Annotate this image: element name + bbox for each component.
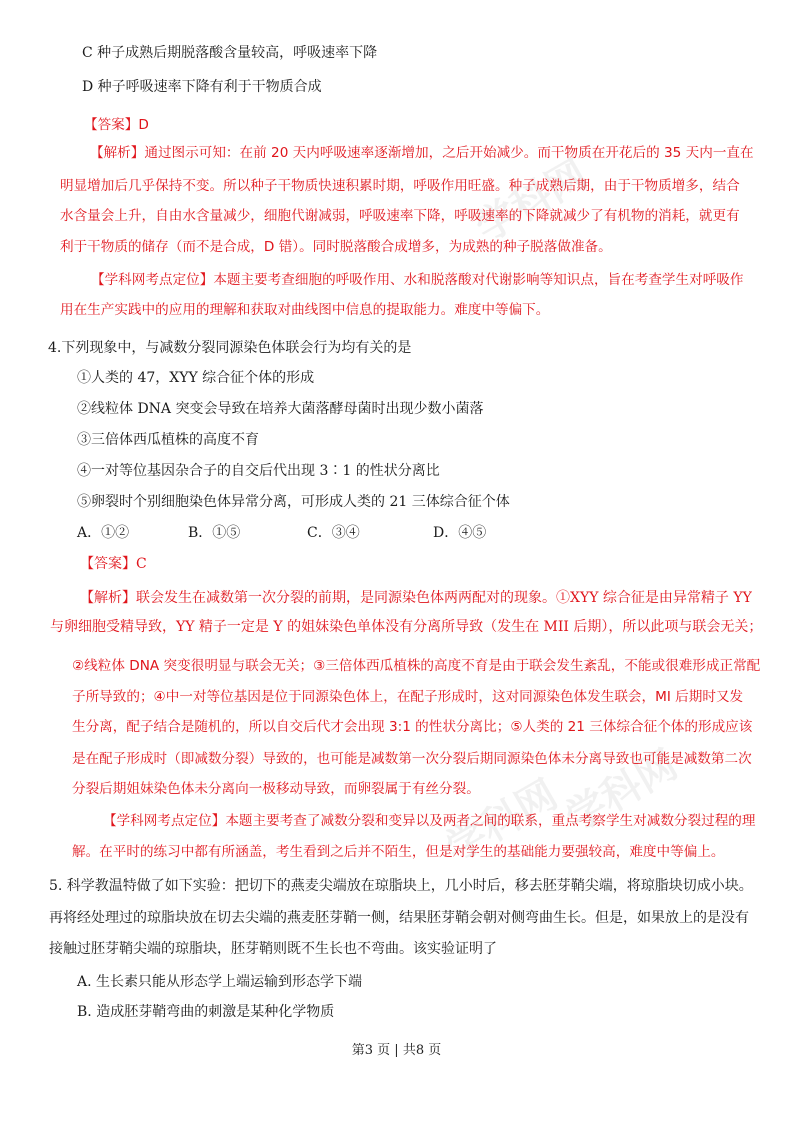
- q4-analysis-line: 分裂后期姐妹染色体未分离向一极移动导致，而卵裂属于有丝分裂。: [72, 780, 480, 798]
- q3-option-c: C 种子成熟后期脱落酸含量较高，呼吸速率下降: [82, 44, 377, 62]
- q4-positioning-line: 【学科网考点定位】本题主要考查了减数分裂和变异以及两者之间的联系，重点考察学生对…: [103, 812, 756, 830]
- q3-positioning-line: 用在生产实践中的应用的理解和获取对曲线图中信息的提取能力。难度中等偏下。: [60, 301, 549, 319]
- q5-stem-line: 5. 科学教温特做了如下实验：把切下的燕麦尖端放在琼脂块上，几小时后，移去胚芽鞘…: [49, 877, 753, 895]
- q4-option-d: D．④⑤: [433, 524, 486, 542]
- q3-option-d: D 种子呼吸速率下降有利于干物质合成: [82, 78, 322, 96]
- q4-item: ①人类的 47，XYY 综合征个体的形成: [77, 369, 314, 387]
- q5-stem-line: 接触过胚芽鞘尖端的琼脂块，胚芽鞘则既不生长也不弯曲。该实验证明了: [49, 940, 497, 958]
- q4-analysis-line: 【解析】联会发生在减数第一次分裂的前期，是同源染色体两两配对的现象。①XYY 综…: [80, 589, 752, 607]
- q4-analysis-line: 与卵细胞受精导致，YY 精子一定是 Y 的姐妹染色单体没有分离所导致（发生在 M…: [50, 618, 762, 636]
- q4-analysis-line: 子所导致的；④中一对等位基因是位于同源染色体上，在配子形成时，这对同源染色体发生…: [72, 688, 743, 706]
- q3-analysis-line: 明显增加后几乎保持不变。所以种子干物质快速积累时期，呼吸作用旺盛。种子成熟后期，…: [60, 177, 740, 195]
- q4-analysis-line: 生分离，配子结合是随机的，所以自交后代才会出现 3:1 的性状分离比；⑤人类的 …: [72, 718, 752, 736]
- q4-answer: 【答案】C: [80, 555, 147, 573]
- q4-item: ③三倍体西瓜植株的高度不育: [77, 431, 259, 449]
- q4-option-c: C．③④: [307, 524, 360, 542]
- q4-stem: 4.下列现象中，与减数分裂同源染色体联会行为均有关的是: [48, 339, 411, 357]
- page-number: 第3 页 | 共8 页: [0, 1039, 793, 1058]
- q5-option-b: B. 造成胚芽鞘弯曲的刺激是某种化学物质: [77, 1003, 334, 1021]
- q3-analysis-line: 利于干物质的储存（而不是合成，D 错）。同时脱落酸合成增多，为成熟的种子脱落做准…: [60, 238, 612, 256]
- q4-analysis-line: 是在配子形成时（即减数分裂）导致的，也可能是减数第一次分裂后期同源染色体未分离导…: [72, 750, 752, 768]
- q3-analysis-line: 【解析】通过图示可知：在前 20 天内呼吸速率逐渐增加，之后开始减少。而干物质在…: [90, 144, 754, 162]
- q4-item: ④一对等位基因杂合子的自交后代出现 3∶1 的性状分离比: [77, 462, 440, 480]
- q4-item: ②线粒体 DNA 突变会导致在培养大菌落酵母菌时出现少数小菌落: [77, 400, 483, 418]
- q3-answer: 【答案】D: [84, 116, 149, 134]
- q3-analysis-line: 水含量会上升，自由水含量减少，细胞代谢减弱，呼吸速率下降，呼吸速率的下降就减少了…: [60, 207, 740, 225]
- q4-analysis-line: ②线粒体 DNA 突变很明显与联会无关；③三倍体西瓜植株的高度不育是由于联会发生…: [72, 657, 760, 675]
- q4-positioning-line: 解。在平时的练习中都有所涵盖，考生看到之后并不陌生，但是对学生的基础能力要强较高…: [72, 843, 725, 861]
- q4-item: ⑤卵裂时个别细胞染色体异常分离，可形成人类的 21 三体综合征个体: [77, 493, 510, 511]
- q5-stem-line: 再将经处理过的琼脂块放在切去尖端的燕麦胚芽鞘一侧，结果胚芽鞘会朝对侧弯曲生长。但…: [49, 909, 749, 927]
- q4-option-b: B．①⑤: [188, 524, 240, 542]
- q4-option-a: A．①②: [77, 524, 129, 542]
- q3-positioning-line: 【学科网考点定位】本题主要考查细胞的呼吸作用、水和脱落酸对代谢影响等知识点，旨在…: [91, 271, 744, 289]
- q5-option-a: A. 生长素只能从形态学上端运输到形态学下端: [77, 973, 362, 991]
